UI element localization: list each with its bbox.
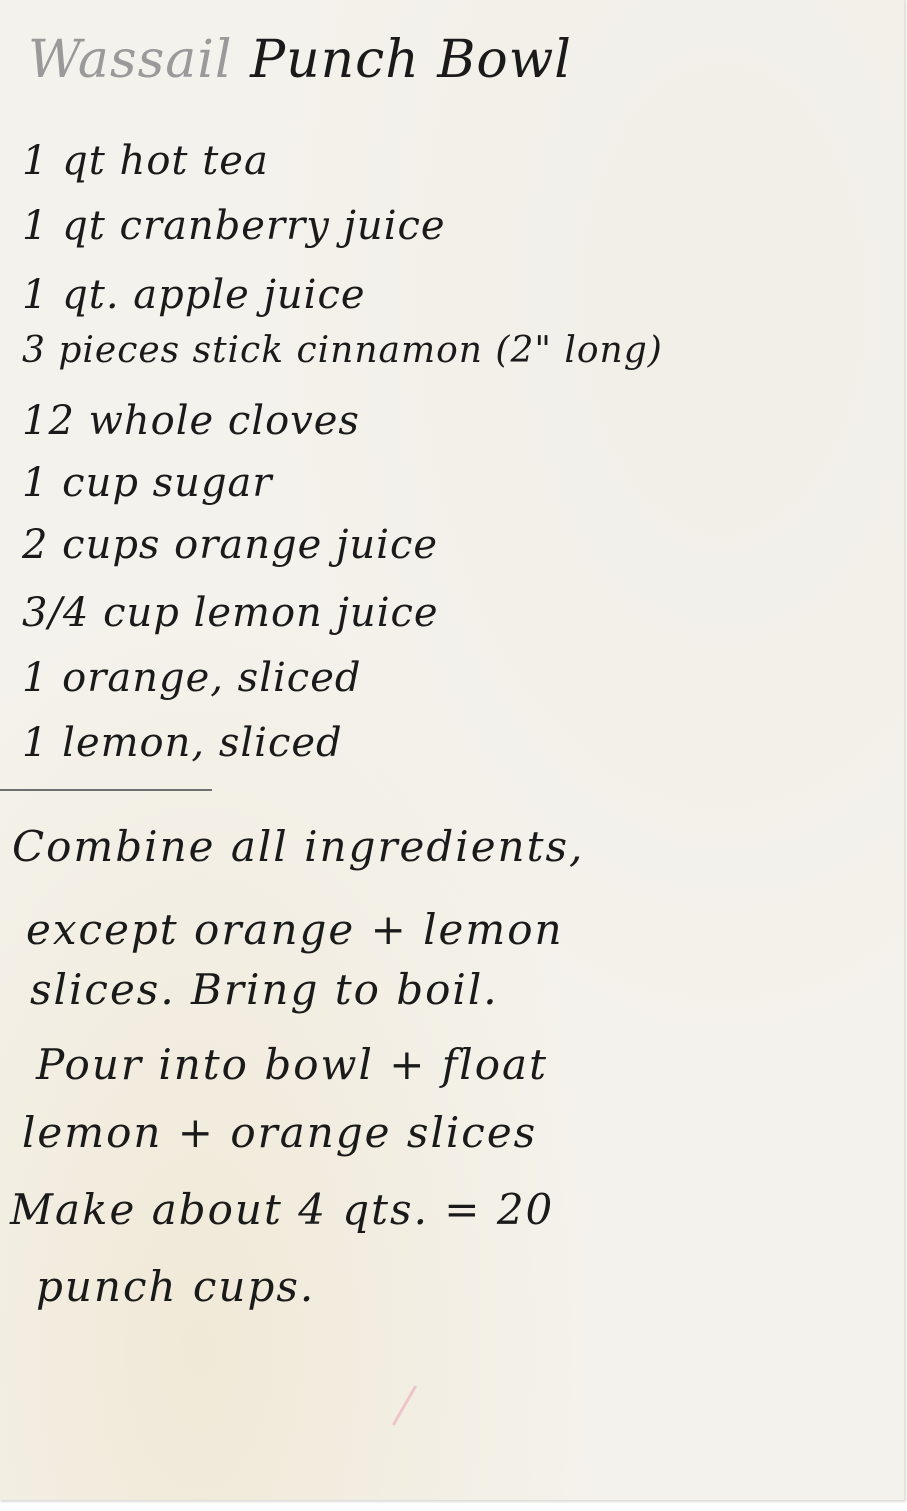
section-divider — [0, 789, 212, 791]
ingredient-line: 1 orange, sliced — [22, 655, 361, 701]
ingredient-line: 1 qt. apple juice — [22, 272, 366, 318]
recipe-card: Wassail Punch Bowl 1 qt hot tea 1 qt cra… — [0, 0, 906, 1500]
ingredient-line: 1 qt hot tea — [22, 138, 269, 184]
ingredient-line: 12 whole cloves — [22, 398, 360, 444]
ingredient-line: 2 cups orange juice — [22, 522, 438, 568]
title-rest: Punch Bowl — [250, 30, 572, 90]
instruction-line: lemon + orange slices — [22, 1108, 537, 1157]
pink-pencil-mark — [392, 1385, 417, 1425]
instruction-line: Make about 4 qts. = 20 — [10, 1185, 554, 1234]
instruction-line: punch cups. — [36, 1262, 315, 1311]
instruction-line: slices. Bring to boil. — [30, 965, 499, 1014]
instruction-line: Combine all ingredients, — [12, 822, 584, 871]
ingredient-line: 1 qt cranberry juice — [22, 203, 446, 249]
recipe-title: Wassail Punch Bowl — [28, 30, 572, 90]
title-first-word: Wassail — [28, 30, 233, 90]
ingredient-line: 3/4 cup lemon juice — [22, 590, 439, 636]
ingredient-line: 3 pieces stick cinnamon (2" long) — [22, 330, 663, 371]
instruction-line: except orange + lemon — [26, 905, 564, 954]
ingredient-line: 1 cup sugar — [22, 460, 273, 506]
ingredient-line: 1 lemon, sliced — [22, 720, 343, 766]
instruction-line: Pour into bowl + float — [36, 1040, 548, 1089]
